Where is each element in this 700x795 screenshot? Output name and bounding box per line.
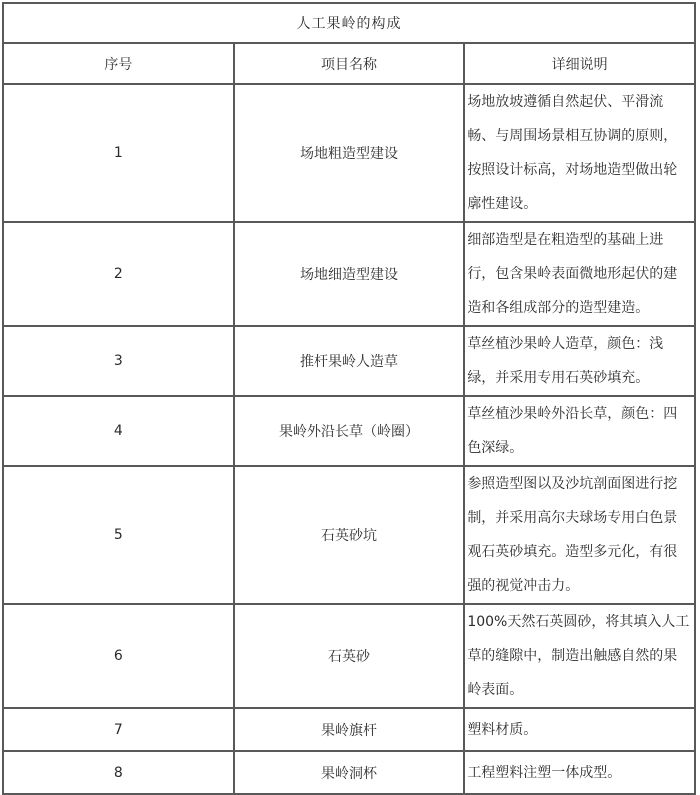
header-desc: 详细说明	[464, 43, 695, 84]
table-row: 8果岭洞杯工程塑料注塑一体成型。	[3, 751, 695, 794]
row-name-cell: 果岭外沿长草（岭圈）	[234, 396, 465, 466]
table-row: 1场地粗造型建设场地放坡遵循自然起伏、平滑流畅、与周围场景相互协调的原则，按照设…	[3, 84, 695, 222]
row-number-cell: 1	[3, 84, 234, 222]
row-desc-cell: 场地放坡遵循自然起伏、平滑流畅、与周围场景相互协调的原则，按照设计标高，对场地造…	[464, 84, 695, 222]
header-no: 序号	[3, 43, 234, 84]
row-number-cell: 2	[3, 222, 234, 326]
row-desc-cell: 参照造型图以及沙坑剖面图进行挖制，并采用高尔夫球场专用白色景观石英砂填充。造型多…	[464, 466, 695, 604]
table-row: 5石英砂坑参照造型图以及沙坑剖面图进行挖制，并采用高尔夫球场专用白色景观石英砂填…	[3, 466, 695, 604]
row-number-cell: 4	[3, 396, 234, 466]
row-name-cell: 场地粗造型建设	[234, 84, 465, 222]
row-name-cell: 石英砂	[234, 604, 465, 708]
row-name-cell: 果岭旗杆	[234, 708, 465, 751]
row-number-cell: 8	[3, 751, 234, 794]
row-desc-cell: 塑料材质。	[464, 708, 695, 751]
table-title: 人工果岭的构成	[3, 3, 695, 43]
title-row: 人工果岭的构成	[3, 3, 695, 43]
row-name-cell: 果岭洞杯	[234, 751, 465, 794]
row-name-cell: 推杆果岭人造草	[234, 326, 465, 396]
row-name-cell: 场地细造型建设	[234, 222, 465, 326]
table-row: 6石英砂100%天然石英圆砂，将其填入人工草的缝隙中，制造出触感自然的果岭表面。	[3, 604, 695, 708]
table-row: 4果岭外沿长草（岭圈）草丝植沙果岭外沿长草，颜色：四色深绿。	[3, 396, 695, 466]
row-number-cell: 6	[3, 604, 234, 708]
row-desc-cell: 草丝植沙果岭人造草，颜色：浅绿，并采用专用石英砂填充。	[464, 326, 695, 396]
row-desc-cell: 100%天然石英圆砂，将其填入人工草的缝隙中，制造出触感自然的果岭表面。	[464, 604, 695, 708]
table-body: 人工果岭的构成 序号 项目名称 详细说明 1场地粗造型建设场地放坡遵循自然起伏、…	[3, 3, 695, 794]
header-row: 序号 项目名称 详细说明	[3, 43, 695, 84]
row-number-cell: 7	[3, 708, 234, 751]
row-desc-cell: 细部造型是在粗造型的基础上进行，包含果岭表面微地形起伏的建造和各组成部分的造型建…	[464, 222, 695, 326]
row-number-cell: 3	[3, 326, 234, 396]
table-row: 2场地细造型建设细部造型是在粗造型的基础上进行，包含果岭表面微地形起伏的建造和各…	[3, 222, 695, 326]
page: 人工果岭的构成 序号 项目名称 详细说明 1场地粗造型建设场地放坡遵循自然起伏、…	[0, 0, 700, 550]
row-desc-cell: 草丝植沙果岭外沿长草，颜色：四色深绿。	[464, 396, 695, 466]
table-row: 3推杆果岭人造草草丝植沙果岭人造草，颜色：浅绿，并采用专用石英砂填充。	[3, 326, 695, 396]
row-number-cell: 5	[3, 466, 234, 604]
row-desc-cell: 工程塑料注塑一体成型。	[464, 751, 695, 794]
header-name: 项目名称	[234, 43, 465, 84]
artificial-green-table: 人工果岭的构成 序号 项目名称 详细说明 1场地粗造型建设场地放坡遵循自然起伏、…	[2, 2, 696, 795]
row-name-cell: 石英砂坑	[234, 466, 465, 604]
table-row: 7果岭旗杆塑料材质。	[3, 708, 695, 751]
